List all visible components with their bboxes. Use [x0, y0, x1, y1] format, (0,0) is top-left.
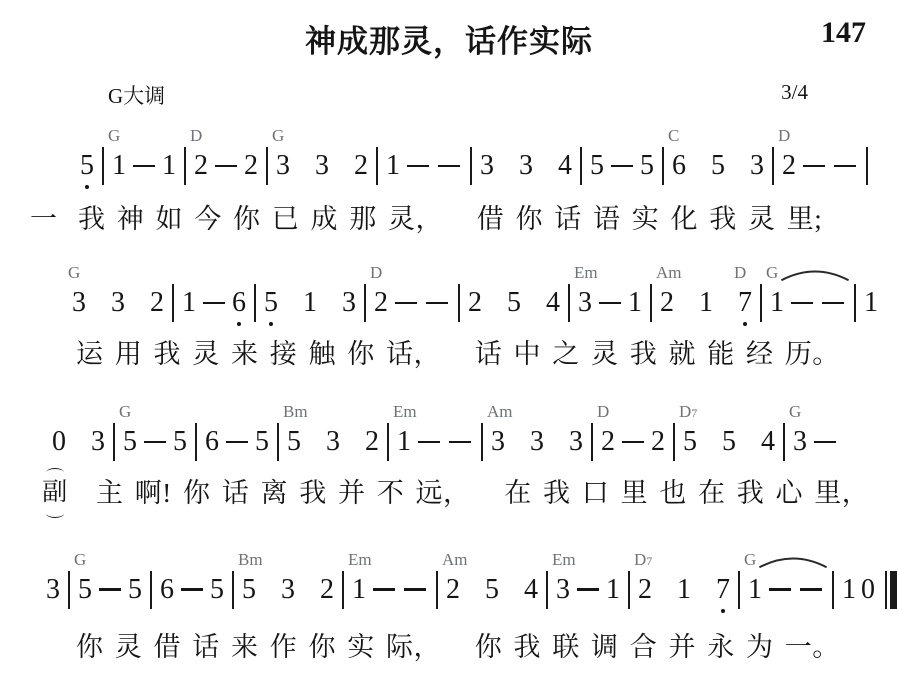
chord-label: G [119, 403, 131, 420]
beat-space [718, 303, 733, 304]
chord-label: D7 [634, 551, 652, 568]
duration-dash [215, 165, 237, 168]
lyric-text: 我 神 如 今 你 已 成 那 灵， 借 你 话 语 实 化 我 灵 里; [78, 202, 822, 237]
note: 5 [264, 289, 278, 317]
chord-label: G [74, 551, 86, 568]
note: 2 [320, 576, 334, 604]
note: 3 [569, 428, 583, 456]
duration-dash [144, 441, 166, 444]
note: 5 [128, 576, 142, 604]
note: 5 [507, 289, 521, 317]
beat-space [130, 303, 145, 304]
note: 5Bm [242, 576, 256, 604]
note: 3G [276, 152, 290, 180]
note: 3 [281, 576, 295, 604]
note: 3 [46, 576, 60, 604]
note: 5G [78, 576, 92, 604]
barline [783, 423, 785, 461]
music-line-1: 51G12D23G321334556C532D [0, 142, 898, 190]
barline [68, 571, 70, 609]
duration-dash [133, 165, 155, 168]
barline [481, 423, 483, 461]
chord-label: Am [442, 551, 468, 568]
note: 1 [842, 576, 856, 604]
barline [387, 423, 389, 461]
beat-space [679, 303, 694, 304]
chord-label: C [668, 127, 679, 144]
barline [650, 284, 652, 322]
verse-number-marker: 一 [30, 202, 78, 237]
barline [628, 571, 630, 609]
beat-space [345, 442, 360, 443]
chord-label: Em [552, 551, 576, 568]
beat-space [306, 442, 321, 443]
barline [832, 571, 834, 609]
note: 3Am [491, 428, 505, 456]
note: 1G [770, 289, 784, 317]
beat-space [91, 303, 106, 304]
lyric-line-3: 副 主 啊! 你 话 离 我 并 不 远， 在 我 口 里 也 在 我 心 里， [0, 476, 898, 518]
note: 3 [530, 428, 544, 456]
note: 1 [162, 152, 176, 180]
note: 2Am [446, 576, 460, 604]
beat-space [334, 166, 349, 167]
beat-space [300, 589, 315, 590]
note: 1G [112, 152, 126, 180]
note: 5 [80, 152, 94, 180]
note: 5 [722, 428, 736, 456]
chord-label: G [789, 403, 801, 420]
barline [364, 284, 366, 322]
note: 6 [160, 576, 174, 604]
note: 3G [72, 289, 86, 317]
key-signature: G大调 [108, 80, 165, 106]
chord-label: G [68, 264, 80, 281]
note: 0 [861, 576, 875, 604]
barline [195, 423, 197, 461]
note: 3 [480, 152, 494, 180]
note: 2 [354, 152, 368, 180]
chord-label: Am [656, 264, 682, 281]
lyric-text: 运 用 我 灵 来 接 触 你 话， 话 中 之 灵 我 就 能 经 历。 [76, 337, 840, 372]
music-line-2: 3G32165132D2543Em12Am17D1G1 [0, 279, 898, 327]
duration-dash [404, 588, 426, 591]
chord-seventh: 7 [646, 554, 652, 568]
barline [662, 147, 664, 185]
duration-dash [822, 302, 844, 305]
note: 2 [468, 289, 482, 317]
lyric-text: 主 啊! 你 话 离 我 并 不 远， 在 我 口 里 也 在 我 心 里， [96, 476, 869, 511]
lyric-line-1: 一 我 神 如 今 你 已 成 那 灵， 借 你 话 语 实 化 我 灵 里; [0, 202, 898, 237]
lyric-line-2: 运 用 我 灵 来 接 触 你 话， 话 中 之 灵 我 就 能 经 历。 [0, 337, 898, 372]
chord-label: Bm [238, 551, 263, 568]
note: 2D [194, 152, 208, 180]
note: 5 [711, 152, 725, 180]
beat-space [691, 166, 706, 167]
chord-label: G [766, 264, 778, 281]
beat-space [730, 166, 745, 167]
chord-label: D [597, 403, 609, 420]
chord-label: D7 [679, 403, 697, 420]
page-title: 神成那灵，话作实际 [305, 24, 593, 59]
note: 7 [716, 576, 730, 604]
barline [760, 284, 762, 322]
beat-space [741, 442, 756, 443]
beat-space [657, 589, 672, 590]
music-line-3: 035G5655Bm321Em3Am332D25D7543G [0, 418, 898, 466]
chord-label: D [778, 127, 790, 144]
beat-space [71, 442, 86, 443]
barline [580, 147, 582, 185]
beat-space [261, 589, 276, 590]
duration-dash [800, 588, 822, 591]
note: 3G [793, 428, 807, 456]
note: 6 [232, 289, 246, 317]
chord-label: Am [487, 403, 513, 420]
note: 4 [546, 289, 560, 317]
note: 3Em [556, 576, 570, 604]
note: 3 [342, 289, 356, 317]
duration-dash [99, 588, 121, 591]
note: 4 [524, 576, 538, 604]
note: 1 [182, 289, 196, 317]
chord-label: Em [348, 551, 372, 568]
note: 2D [601, 428, 615, 456]
barline [866, 147, 868, 185]
beat-space [283, 303, 298, 304]
note: 5 [640, 152, 654, 180]
tie-group: 1G1 [770, 284, 878, 322]
duration-dash [611, 165, 633, 168]
barline [254, 284, 256, 322]
duration-dash [418, 441, 440, 444]
barline [172, 284, 174, 322]
note: 1Em [352, 576, 366, 604]
note: 1 [303, 289, 317, 317]
beat-space [322, 303, 337, 304]
time-signature: 3/4 [781, 80, 808, 106]
meta-row: G大调 3/4 [0, 80, 898, 106]
barline [266, 147, 268, 185]
tie-arc [758, 554, 828, 568]
note: 1Em [397, 428, 411, 456]
duration-dash [426, 302, 448, 305]
duration-dash [803, 165, 825, 168]
barline [277, 423, 279, 461]
note: 2D [374, 289, 388, 317]
duration-dash [438, 165, 460, 168]
beat-space [702, 442, 717, 443]
duration-dash [577, 588, 599, 591]
barline [458, 284, 460, 322]
beat-space [696, 589, 711, 590]
note: 5D7 [683, 428, 697, 456]
note: 5Bm [287, 428, 301, 456]
duration-dash [395, 302, 417, 305]
note: 5G [123, 428, 137, 456]
duration-dash [791, 302, 813, 305]
chord-label: Bm [283, 403, 308, 420]
note: 4 [558, 152, 572, 180]
duration-dash [599, 302, 621, 305]
note: 1G [748, 576, 762, 604]
duration-dash [814, 441, 836, 444]
vertical-paren-close-icon [46, 509, 64, 518]
note: 2 [150, 289, 164, 317]
barline [376, 147, 378, 185]
duration-dash [181, 588, 203, 591]
note: 3 [750, 152, 764, 180]
beat-space [510, 442, 525, 443]
note: 2 [365, 428, 379, 456]
duration-dash [203, 302, 225, 305]
final-thick-line [890, 571, 897, 609]
note: 2 [244, 152, 258, 180]
note: 2D7 [638, 576, 652, 604]
lyric-text: 你 灵 借 话 来 作 你 实 际， 你 我 联 调 合 并 永 为 一。 [76, 630, 840, 665]
beat-space [465, 589, 480, 590]
note: 1 [699, 289, 713, 317]
duration-dash [449, 441, 471, 444]
barline [470, 147, 472, 185]
beat-space [504, 589, 519, 590]
beat-space [499, 166, 514, 167]
barline [854, 284, 856, 322]
chord-label: G [108, 127, 120, 144]
barline [591, 423, 593, 461]
note: 0 [52, 428, 66, 456]
note: 3 [326, 428, 340, 456]
barline [232, 571, 234, 609]
note: 5 [590, 152, 604, 180]
barline [546, 571, 548, 609]
barline [102, 147, 104, 185]
note: 3 [519, 152, 533, 180]
note: 2Am [660, 289, 674, 317]
beat-space [295, 166, 310, 167]
barline [436, 571, 438, 609]
barline [342, 571, 344, 609]
hymnal-page: 神成那灵，话作实际 147 G大调 3/4 51G12D23G321334556… [0, 0, 898, 673]
duration-dash [834, 165, 856, 168]
note: 3 [91, 428, 105, 456]
beat-space [549, 442, 564, 443]
chord-label: D [190, 127, 202, 144]
barline [113, 423, 115, 461]
barline [673, 423, 675, 461]
tie-group: 1G1 [748, 571, 856, 609]
note: 2 [651, 428, 665, 456]
note: 7D [738, 289, 752, 317]
barline [738, 571, 740, 609]
chord-label: Em [574, 264, 598, 281]
beat-space [538, 166, 553, 167]
duration-dash [769, 588, 791, 591]
note: 1 [864, 289, 878, 317]
song-number: 147 [821, 16, 866, 50]
header: 神成那灵，话作实际 147 [0, 16, 898, 60]
barline [568, 284, 570, 322]
final-barline [885, 571, 897, 609]
vertical-paren-open-icon [46, 468, 64, 477]
chord-label: Em [393, 403, 417, 420]
refrain-marker: 副 [30, 468, 80, 518]
duration-dash [622, 441, 644, 444]
duration-dash [407, 165, 429, 168]
note: 5 [485, 576, 499, 604]
note: 3Em [578, 289, 592, 317]
tie-arc [780, 267, 850, 281]
chord-label: G [272, 127, 284, 144]
note: 1 [677, 576, 691, 604]
note: 3 [315, 152, 329, 180]
beat-space [487, 303, 502, 304]
note: 1 [628, 289, 642, 317]
note: 1 [606, 576, 620, 604]
lyric-line-4: 你 灵 借 话 来 作 你 实 际， 你 我 联 调 合 并 永 为 一。 [0, 630, 898, 665]
note: 6C [672, 152, 686, 180]
note: 5 [210, 576, 224, 604]
note: 2D [782, 152, 796, 180]
note: 5 [173, 428, 187, 456]
refrain-label: 副 [42, 479, 68, 507]
barline [150, 571, 152, 609]
duration-dash [226, 441, 248, 444]
note: 3 [111, 289, 125, 317]
music-line-4: 35G5655Bm321Em2Am543Em12D7171G10 [0, 566, 898, 614]
chord-seventh: 7 [691, 406, 697, 420]
barline [772, 147, 774, 185]
barline [184, 147, 186, 185]
chord-label: G [744, 551, 756, 568]
beat-space [526, 303, 541, 304]
note: 6 [205, 428, 219, 456]
note: 4 [761, 428, 775, 456]
chord-label: D [734, 264, 746, 281]
note: 5 [255, 428, 269, 456]
final-thin-line [885, 571, 887, 609]
chord-label: D [370, 264, 382, 281]
duration-dash [373, 588, 395, 591]
note: 1 [386, 152, 400, 180]
